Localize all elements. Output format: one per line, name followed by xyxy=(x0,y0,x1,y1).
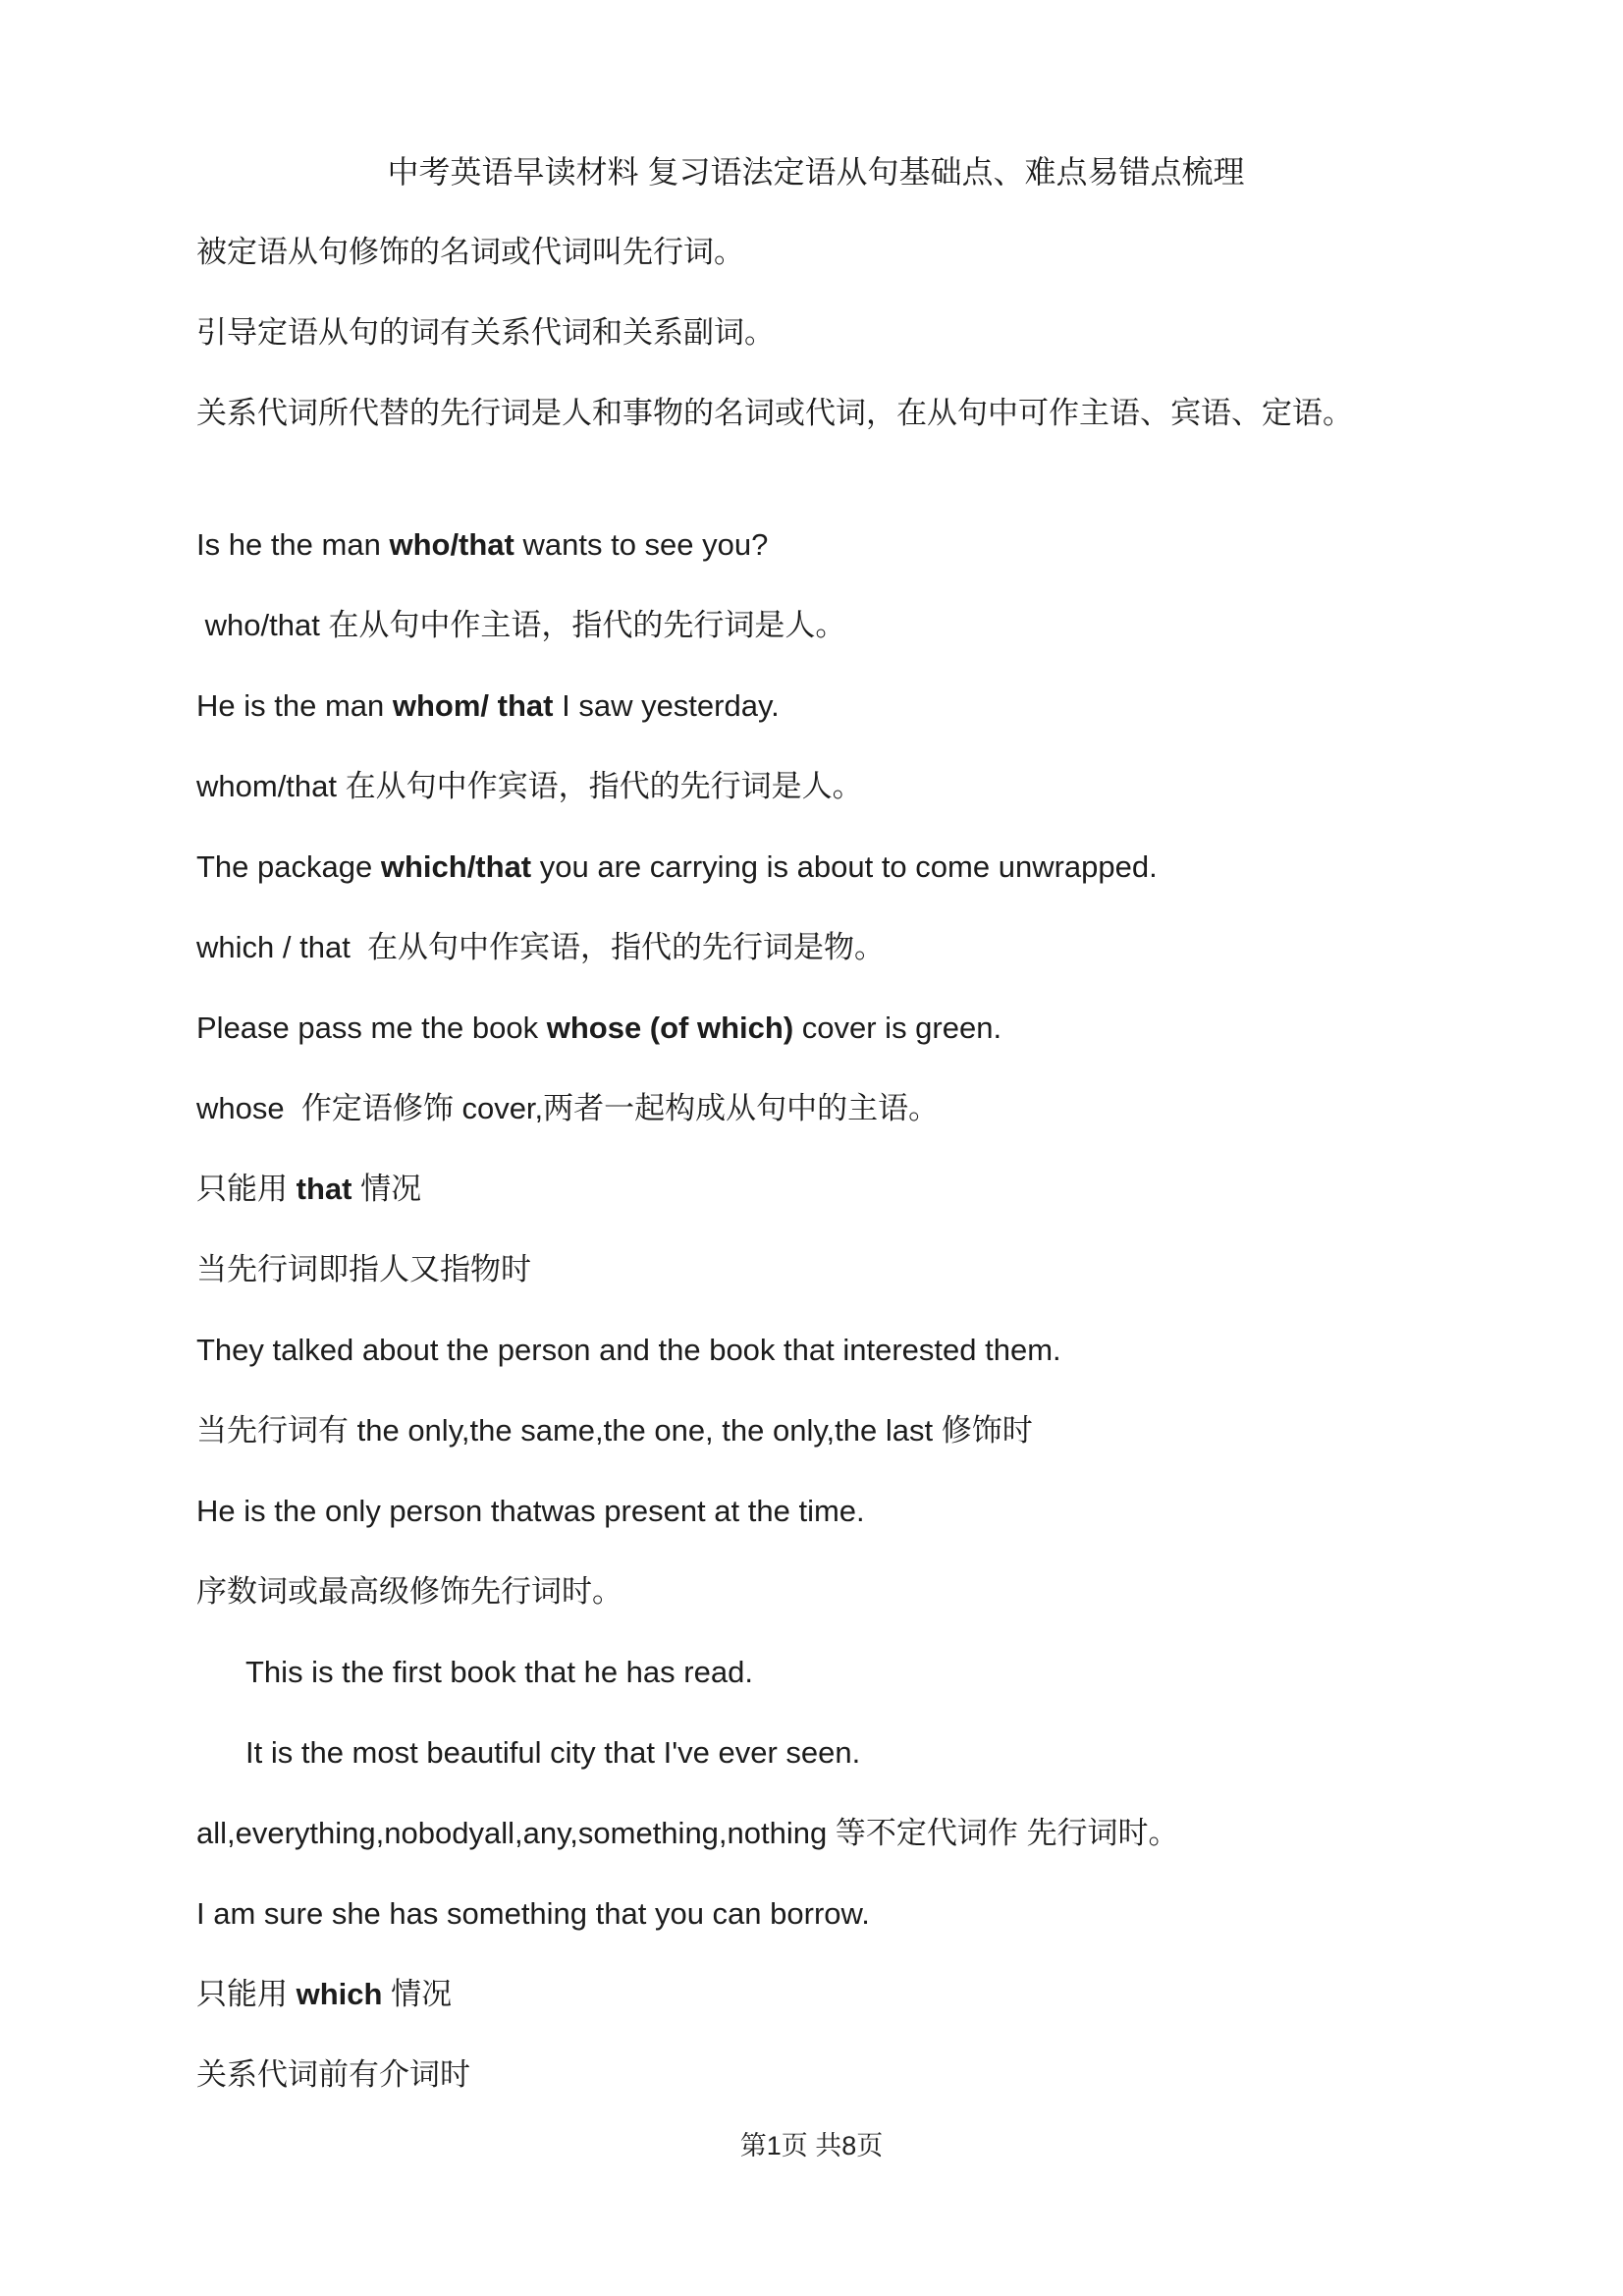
text-run: 当先行词即指人又指物时 xyxy=(196,1252,531,1286)
paragraph: 只能用 which 情况 xyxy=(196,1954,1435,2035)
paragraph: 当先行词即指人又指物时 xyxy=(196,1230,1435,1310)
text-run-bold: that xyxy=(297,1172,352,1206)
paragraph: 当先行词有 the only,the same,the one, the onl… xyxy=(196,1391,1435,1471)
paragraph: 只能用 that 情况 xyxy=(196,1149,1435,1230)
text-run: 序数词或最高级修饰先行词时。 xyxy=(196,1574,622,1609)
paragraph: Is he the man who/that wants to see you? xyxy=(196,505,1435,585)
page-number-footer: 第1页 共8页 xyxy=(0,2111,1623,2180)
text-run-bold: whom/ that xyxy=(393,688,554,723)
text-run: 关系代词前有介词时 xyxy=(196,2057,470,2092)
text-run-bold: which xyxy=(297,1977,383,2011)
text-run: He is the only person thatwas present at… xyxy=(196,1494,865,1528)
paragraph: 引导定语从句的词有关系代词和关系副词。 xyxy=(196,293,1435,373)
document-page: 中考英语早读材料 复习语法定语从句基础点、难点易错点梳理 被定语从句修饰的名词或… xyxy=(0,0,1623,2296)
text-run: whom/that 在从句中作宾语，指代的先行词是人。 xyxy=(196,769,863,803)
paragraph: I am sure she has something that you can… xyxy=(196,1874,1435,1954)
paragraph: all,everything,nobodyall,any,something,n… xyxy=(196,1793,1435,1874)
text-run-bold: whose (of which) xyxy=(547,1011,793,1045)
text-run: wants to see you? xyxy=(514,527,769,562)
paragraph: They talked about the person and the boo… xyxy=(196,1310,1435,1391)
paragraph-list: 被定语从句修饰的名词或代词叫先行词。引导定语从句的词有关系代词和关系副词。关系代… xyxy=(196,212,1435,2115)
text-run: I am sure she has something that you can… xyxy=(196,1896,870,1931)
paragraph: who/that 在从句中作主语，指代的先行词是人。 xyxy=(196,585,1435,666)
text-run: which / that 在从句中作宾语，指代的先行词是物。 xyxy=(196,930,885,964)
paragraph: He is the only person thatwas present at… xyxy=(196,1471,1435,1552)
text-run: He is the man xyxy=(196,688,393,723)
text-run: all,everything,nobodyall,any,something,n… xyxy=(196,1816,1178,1850)
text-run: Please pass me the book xyxy=(196,1011,547,1045)
text-run: 当先行词有 the only,the same,the one, the onl… xyxy=(196,1413,1033,1448)
paragraph: which / that 在从句中作宾语，指代的先行词是物。 xyxy=(196,907,1435,988)
paragraph: 关系代词所代替的先行词是人和事物的名词或代词，在从句中可作主语、宾语、定语。 xyxy=(196,373,1435,454)
paragraph: Please pass me the book whose (of which)… xyxy=(196,988,1435,1068)
text-run: The package xyxy=(196,849,381,884)
text-run: whose 作定语修饰 cover,两者一起构成从句中的主语。 xyxy=(196,1091,939,1125)
text-run-bold: which/that xyxy=(381,849,531,884)
text-run: you are carrying is about to come unwrap… xyxy=(531,849,1158,884)
document-body: 中考英语早读材料 复习语法定语从句基础点、难点易错点梳理 被定语从句修饰的名词或… xyxy=(196,132,1435,2115)
text-run: 关系代词所代替的先行词是人和事物的名词或代词，在从句中可作主语、宾语、定语。 xyxy=(196,396,1353,430)
text-run: This is the first book that he has read. xyxy=(245,1655,753,1689)
text-run: They talked about the person and the boo… xyxy=(196,1333,1061,1367)
paragraph: This is the first book that he has read. xyxy=(196,1632,1435,1713)
text-run: 引导定语从句的词有关系代词和关系副词。 xyxy=(196,315,775,350)
paragraph: whose 作定语修饰 cover,两者一起构成从句中的主语。 xyxy=(196,1068,1435,1149)
text-run: 只能用 xyxy=(196,1977,297,2011)
text-run-bold: who/that xyxy=(389,527,514,562)
text-run: Is he the man xyxy=(196,527,389,562)
paragraph: It is the most beautiful city that I've … xyxy=(196,1713,1435,1793)
text-run: 情况 xyxy=(382,1977,452,2011)
document-title: 中考英语早读材料 复习语法定语从句基础点、难点易错点梳理 xyxy=(196,132,1435,212)
paragraph-spacer xyxy=(196,454,1435,505)
paragraph: 被定语从句修饰的名词或代词叫先行词。 xyxy=(196,212,1435,293)
paragraph: 关系代词前有介词时 xyxy=(196,2035,1435,2115)
paragraph: He is the man whom/ that I saw yesterday… xyxy=(196,666,1435,746)
text-run: I saw yesterday. xyxy=(553,688,779,723)
text-run: It is the most beautiful city that I've … xyxy=(245,1735,860,1770)
text-run: 被定语从句修饰的名词或代词叫先行词。 xyxy=(196,235,744,269)
paragraph: The package which/that you are carrying … xyxy=(196,827,1435,907)
text-run: cover is green. xyxy=(793,1011,1001,1045)
text-run: who/that 在从句中作主语，指代的先行词是人。 xyxy=(196,608,845,642)
paragraph: whom/that 在从句中作宾语，指代的先行词是人。 xyxy=(196,746,1435,827)
text-run: 只能用 xyxy=(196,1172,297,1206)
text-run: 情况 xyxy=(352,1172,421,1206)
paragraph: 序数词或最高级修饰先行词时。 xyxy=(196,1552,1435,1632)
